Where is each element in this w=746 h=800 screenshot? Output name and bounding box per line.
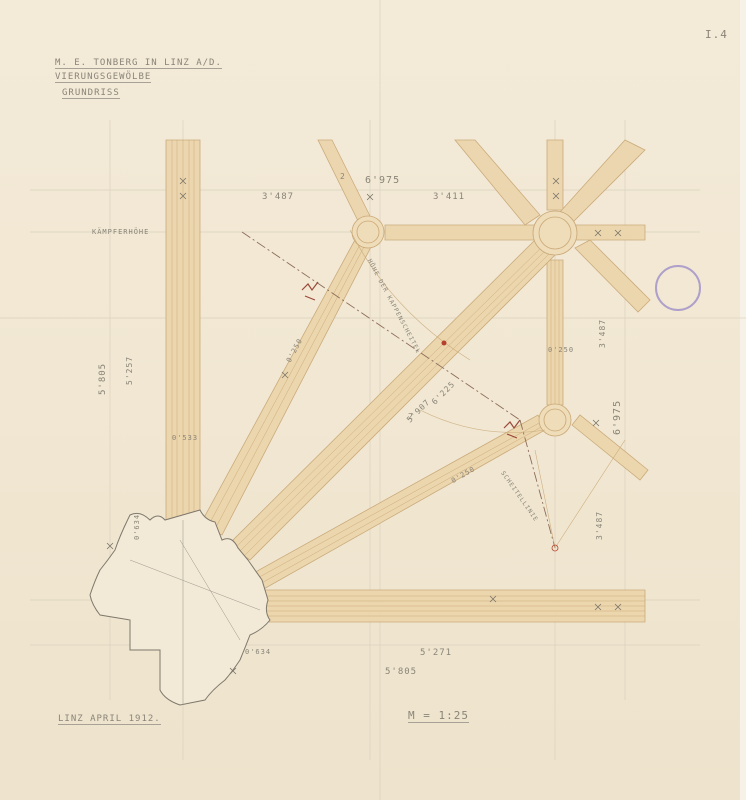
dim-pier-offset-left: 0'634	[133, 514, 141, 540]
dim-top-mid: 6'975	[365, 175, 400, 186]
sheet-number: I.4	[705, 28, 728, 41]
rib-label-2-lower: 2	[408, 412, 414, 421]
vault-plan-drawing	[0, 0, 746, 800]
title-line-2: VIERUNGSGEWÖLBE	[55, 72, 151, 83]
dim-right-upper: 3'487	[598, 319, 607, 348]
title-line-1: M. E. TONBERG IN LINZ A/D.	[55, 58, 222, 69]
dim-pier-offset-bottom: 0'634	[245, 648, 271, 656]
dim-right-vert-width: 0'250	[548, 346, 574, 354]
dim-left-inner: 5'257	[125, 356, 134, 385]
rib-label-2-upper: 2	[340, 172, 346, 181]
dim-right-full: 6'975	[612, 400, 623, 435]
drawing-sheet: M. E. TONBERG IN LINZ A/D. VIERUNGSGEWÖL…	[0, 0, 746, 800]
dim-left-outer: 5'805	[98, 363, 108, 395]
place-date: LINZ APRIL 1912.	[58, 714, 161, 725]
dim-right-lower: 3'487	[595, 511, 604, 540]
dim-top-right: 3'411	[433, 192, 465, 202]
dim-top-left: 3'487	[262, 192, 294, 202]
scale-label: M = 1:25	[408, 709, 469, 723]
title-line-3: GRUNDRISS	[62, 88, 120, 99]
dim-bottom-inner: 5'271	[420, 648, 452, 658]
dim-pier-column: 0'533	[172, 434, 198, 442]
archive-stamp	[655, 265, 701, 311]
kaempfer-label: KÄMPFERHÖHE	[92, 228, 149, 236]
dim-bottom-outer: 5'805	[385, 667, 417, 677]
boss-top-right	[533, 211, 577, 255]
